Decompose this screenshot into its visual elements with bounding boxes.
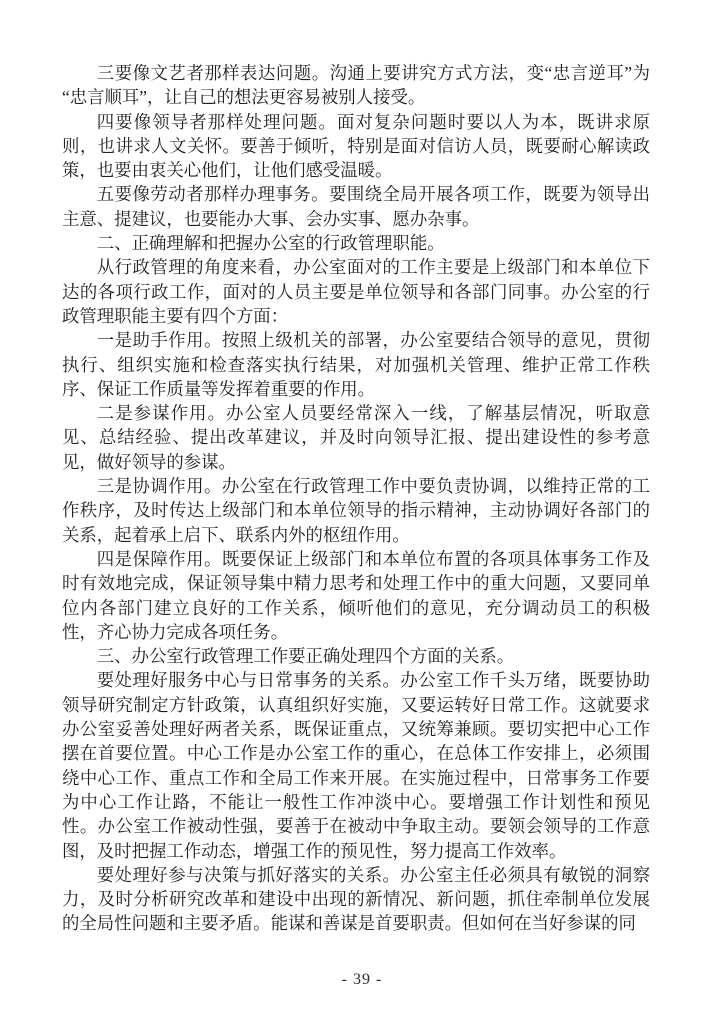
document-body: 三要像文艺者那样表达问题。沟通上要讲究方式方法，变“忠言逆耳”为“忠言顺耳”，让… — [62, 61, 650, 936]
paragraph: 五要像劳动者那样办理事务。要围绕全局开展各项工作，既要为领导出主意、提建议，也要… — [62, 182, 650, 231]
document-page: 三要像文艺者那样表达问题。沟通上要讲究方式方法，变“忠言逆耳”为“忠言顺耳”，让… — [0, 0, 724, 1024]
section-heading: 三、办公室行政管理工作要正确处理四个方面的关系。 — [62, 644, 650, 668]
paragraph: 二是参谋作用。办公室人员要经常深入一线，了解基层情况，听取意见、总结经验、提出改… — [62, 401, 650, 474]
section-heading: 二、正确理解和把握办公室的行政管理职能。 — [62, 231, 650, 255]
paragraph: 要处理好参与决策与抓好落实的关系。办公室主任必须具有敏锐的洞察力，及时分析研究改… — [62, 863, 650, 936]
paragraph: 从行政管理的角度来看，办公室面对的工作主要是上级部门和本单位下达的各项行政工作，… — [62, 255, 650, 328]
paragraph: 三要像文艺者那样表达问题。沟通上要讲究方式方法，变“忠言逆耳”为“忠言顺耳”，让… — [62, 61, 650, 110]
paragraph: 一是助手作用。按照上级机关的部署，办公室要结合领导的意见，贯彻执行、组织实施和检… — [62, 328, 650, 401]
paragraph: 三是协调作用。办公室在行政管理工作中要负责协调，以维持正常的工作秩序，及时传达上… — [62, 474, 650, 547]
paragraph: 四要像领导者那样处理问题。面对复杂问题时要以人为本，既讲求原则，也讲求人文关怀。… — [62, 110, 650, 183]
paragraph: 四是保障作用。既要保证上级部门和本单位布置的各项具体事务工作及时有效地完成，保证… — [62, 547, 650, 644]
page-number: - 39 - — [0, 971, 724, 989]
paragraph: 要处理好服务中心与日常事务的关系。办公室工作千头万绪，既要协助领导研究制定方针政… — [62, 668, 650, 862]
